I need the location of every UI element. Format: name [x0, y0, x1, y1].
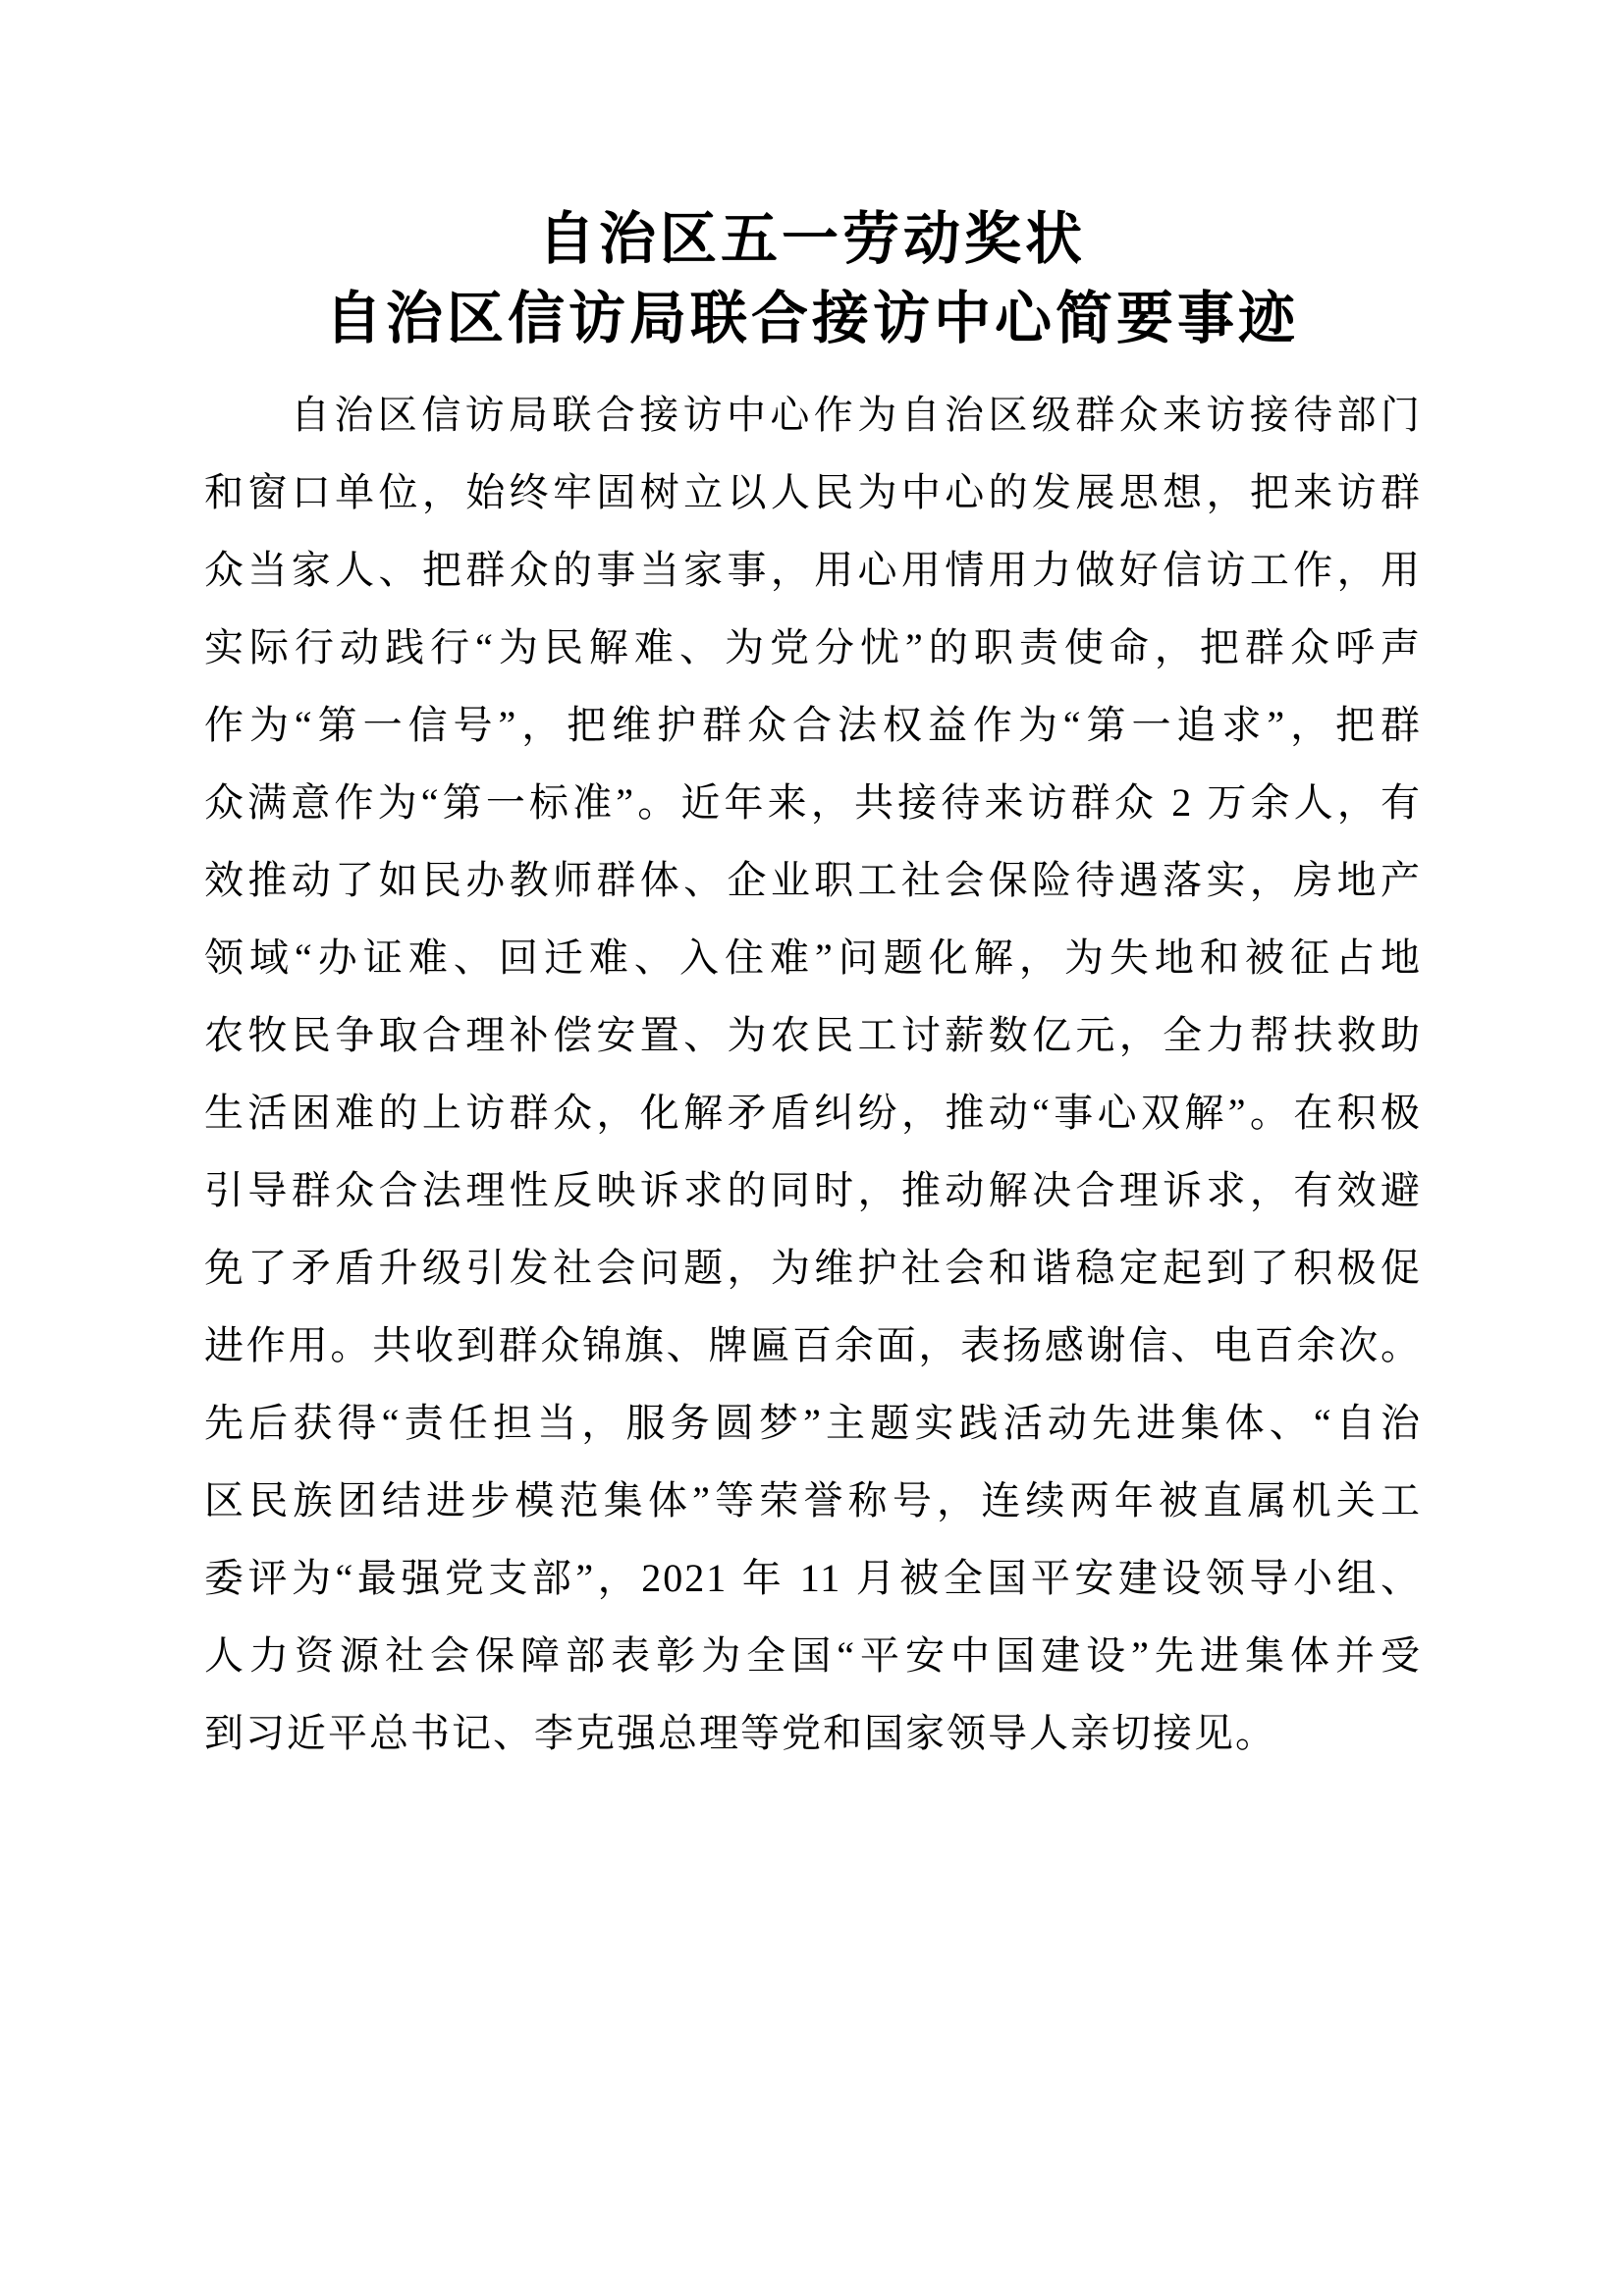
body-line: 作为“第一信号”，把维护群众合法权益作为“第一追求”，把群	[204, 686, 1422, 764]
document-title-line-2: 自治区信访局联合接访中心简要事迹	[0, 279, 1624, 358]
body-line: 到习近平总书记、李克强总理等党和国家领导人亲切接见。	[204, 1694, 1422, 1772]
body-line: 进作用。共收到群众锦旗、牌匾百余面，表扬感谢信、电百余次。	[204, 1307, 1422, 1384]
body-line: 和窗口单位，始终牢固树立以人民为中心的发展思想，把来访群	[204, 454, 1422, 531]
body-line: 农牧民争取合理补偿安置、为农民工讨薪数亿元，全力帮扶救助	[204, 996, 1422, 1074]
body-line: 实际行动践行“为民解难、为党分忧”的职责使命，把群众呼声	[204, 609, 1422, 686]
body-line: 先后获得“责任担当，服务圆梦”主题实践活动先进集体、“自治	[204, 1384, 1422, 1462]
body-line: 人力资源社会保障部表彰为全国“平安中国建设”先进集体并受	[204, 1617, 1422, 1694]
body-line: 领域“办证难、回迁难、入住难”问题化解，为失地和被征占地	[204, 919, 1422, 996]
body-line: 区民族团结进步模范集体”等荣誉称号，连续两年被直属机关工	[204, 1462, 1422, 1539]
body-line: 众满意作为“第一标准”。近年来，共接待来访群众 2 万余人，有	[204, 764, 1422, 841]
body-line: 效推动了如民办教师群体、企业职工社会保险待遇落实，房地产	[204, 841, 1422, 919]
body-line: 众当家人、把群众的事当家事，用心用情用力做好信访工作，用	[204, 531, 1422, 609]
document-page: 自治区五一劳动奖状 自治区信访局联合接访中心简要事迹 自治区信访局联合接访中心作…	[0, 0, 1624, 2296]
document-title: 自治区五一劳动奖状 自治区信访局联合接访中心简要事迹	[0, 199, 1624, 358]
body-line: 委评为“最强党支部”，2021 年 11 月被全国平安建设领导小组、	[204, 1539, 1422, 1617]
document-body: 自治区信访局联合接访中心作为自治区级群众来访接待部门 和窗口单位，始终牢固树立以…	[204, 376, 1422, 1772]
body-line: 生活困难的上访群众，化解矛盾纠纷，推动“事心双解”。在积极	[204, 1074, 1422, 1151]
body-line: 自治区信访局联合接访中心作为自治区级群众来访接待部门	[204, 376, 1422, 454]
body-line: 引导群众合法理性反映诉求的同时，推动解决合理诉求，有效避	[204, 1151, 1422, 1229]
document-title-line-1: 自治区五一劳动奖状	[0, 199, 1624, 279]
body-line: 免了矛盾升级引发社会问题，为维护社会和谐稳定起到了积极促	[204, 1229, 1422, 1307]
